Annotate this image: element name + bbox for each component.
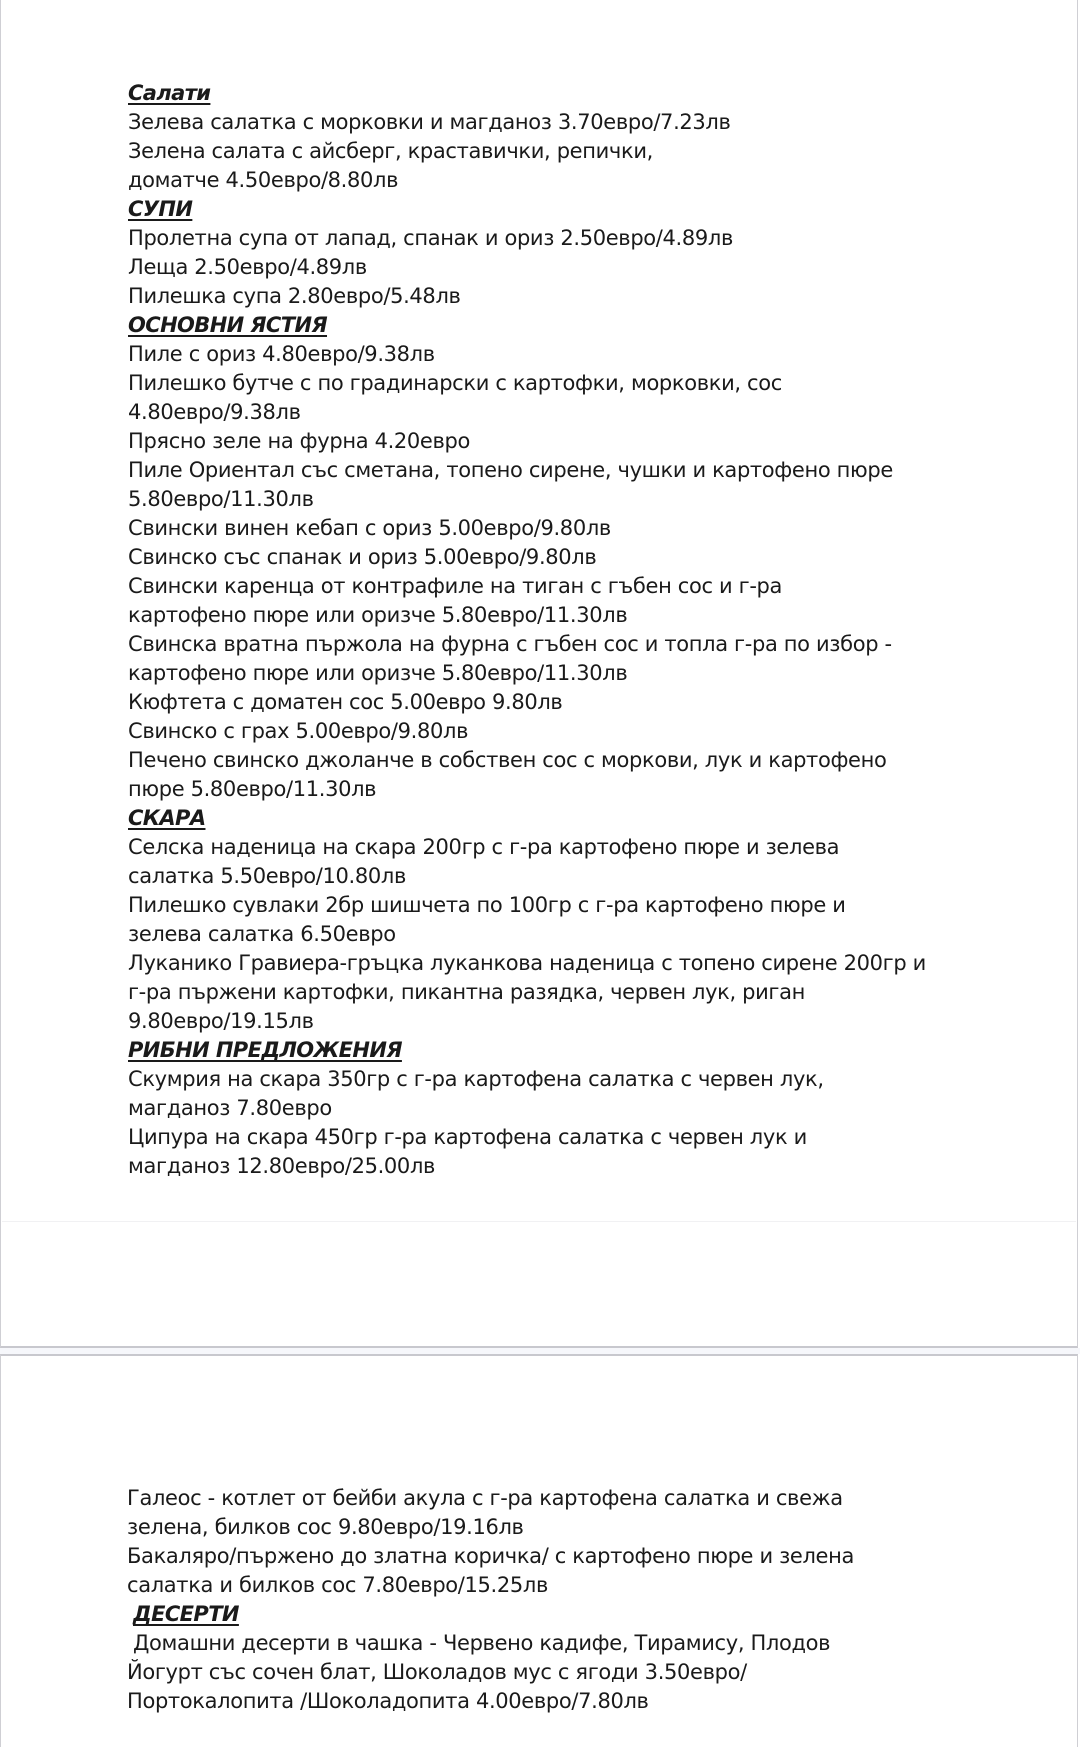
menu-item: Пиле с ориз 4.80евро/9.38лв (128, 340, 958, 369)
section-grill: СКАРА Селска наденица на скара 200гр с г… (128, 804, 958, 1036)
section-heading: СУПИ (128, 195, 958, 224)
page-seam (2, 1221, 1076, 1222)
section-heading: РИБНИ ПРЕДЛОЖЕНИЯ (128, 1036, 958, 1065)
menu-item: Свинско с грах 5.00евро/9.80лв (128, 717, 958, 746)
section-soups: СУПИ Пролетна супа от лапад, спанак и ор… (128, 195, 958, 311)
menu-item: Галеос - котлет от бейби акула с г-ра ка… (127, 1484, 897, 1542)
section-main-dishes: ОСНОВНИ ЯСТИЯ Пиле с ориз 4.80евро/9.38л… (128, 311, 958, 804)
menu-item: Пиле Ориентал със сметана, топено сирене… (128, 456, 948, 514)
section-heading: Салати (128, 79, 958, 108)
menu-item: Селска наденица на скара 200гр с г-ра ка… (128, 833, 898, 891)
section-fish: РИБНИ ПРЕДЛОЖЕНИЯ Скумрия на скара 350гр… (128, 1036, 958, 1181)
menu-item: Скумрия на скара 350гр с г-ра картофена … (128, 1065, 888, 1123)
menu-item: Кюфтета с доматен сос 5.00евро 9.80лв (128, 688, 958, 717)
menu-item: Зелена салата с айсберг, краставички, ре… (128, 137, 728, 195)
section-salads: Салати Зелева салатка с морковки и магда… (128, 79, 958, 195)
menu-item: Леща 2.50евро/4.89лв (128, 253, 958, 282)
menu-item: Пилешко бутче с по градинарски с картофк… (128, 369, 828, 427)
section-heading: СКАРА (128, 804, 958, 833)
menu-item: Пилешко сувлаки 2бр шишчета по 100гр с г… (128, 891, 908, 949)
menu-item: Пролетна супа от лапад, спанак и ориз 2.… (128, 224, 958, 253)
menu-item: Пилешка супа 2.80евро/5.48лв (128, 282, 958, 311)
menu-item: Прясно зеле на фурна 4.20евро (128, 427, 958, 456)
section-heading: ОСНОВНИ ЯСТИЯ (128, 311, 958, 340)
menu-item: Бакаляро/пържено до златна коричка/ с ка… (127, 1542, 917, 1600)
menu-item: Свинска вратна пържола на фурна с гъбен … (128, 630, 958, 688)
menu-content-page-1: Салати Зелева салатка с морковки и магда… (128, 79, 958, 1181)
menu-item: Свинско със спанак и ориз 5.00евро/9.80л… (128, 543, 958, 572)
menu-content-page-2: Галеос - котлет от бейби акула с г-ра ка… (127, 1484, 957, 1716)
section-heading: ДЕСЕРТИ (127, 1600, 957, 1629)
menu-item: Домашни десерти в чашка - Червено кадифе… (127, 1629, 897, 1716)
menu-item: Луканико Гравиера-гръцка луканкова наден… (128, 949, 948, 1036)
section-fish-continued: Галеос - котлет от бейби акула с г-ра ка… (127, 1484, 957, 1600)
menu-item: Зелева салатка с морковки и магданоз 3.7… (128, 108, 958, 137)
menu-item: Печено свинско джоланче в собствен сос с… (128, 746, 948, 804)
menu-item: Свински каренца от контрафиле на тиган с… (128, 572, 828, 630)
section-desserts: ДЕСЕРТИ Домашни десерти в чашка - Червен… (127, 1600, 957, 1716)
menu-item: Свински винен кебап с ориз 5.00евро/9.80… (128, 514, 958, 543)
document-page-1: Салати Зелева салатка с морковки и магда… (0, 0, 1078, 1348)
menu-item: Ципура на скара 450гр г-ра картофена сал… (128, 1123, 888, 1181)
